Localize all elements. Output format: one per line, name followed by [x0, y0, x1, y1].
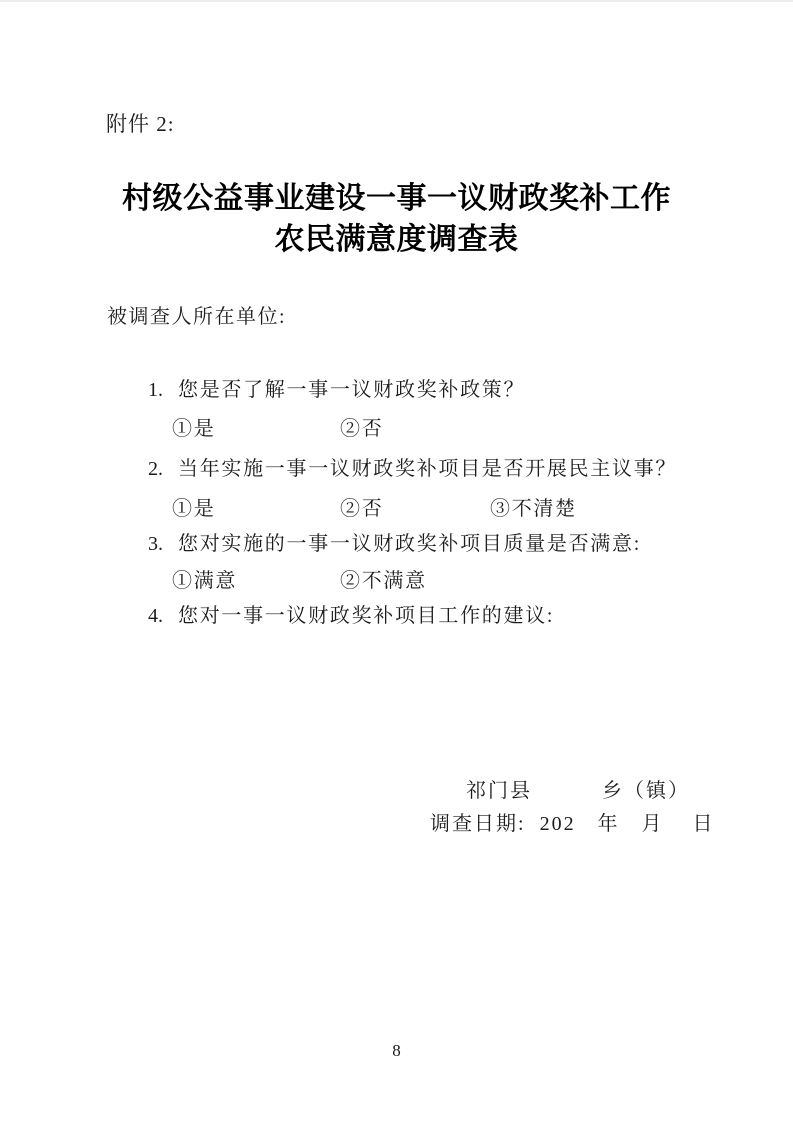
question-item-1: 1.您是否了解一事一议财政奖补政策？: [148, 373, 525, 402]
page-number: 8: [0, 1041, 793, 1061]
form-title-line2: 农民满意度调查表: [0, 219, 793, 260]
footer-date-line: 调查日期: 202 年 月 日: [402, 784, 715, 859]
question-item-3: 3.您对实施的一事一议财政奖补项目质量是否满意:: [148, 527, 641, 556]
question-item-2: 2.当年实施一事一议财政奖补项目是否开展民主议事？: [148, 452, 677, 481]
attachment-label: 附件 2:: [106, 108, 175, 138]
form-title: 村级公益事业建设一事一议财政奖补工作 农民满意度调查表: [0, 178, 793, 260]
respondent-unit-label: 被调查人所在单位:: [107, 300, 286, 329]
document-page: 附件 2: 村级公益事业建设一事一议财政奖补工作 农民满意度调查表 被调查人所在…: [0, 0, 793, 1122]
question-number: 2.: [148, 458, 178, 481]
question-text: 您对实施的一事一议财政奖补项目质量是否满意:: [178, 533, 641, 555]
question-3-options: ①满意②不满意: [172, 564, 490, 593]
option-item: ①满意: [172, 564, 340, 593]
option-item: ②不满意: [340, 564, 490, 593]
option-item: ①是: [172, 492, 340, 521]
option-item: ①是: [172, 412, 340, 441]
option-item: ②否: [340, 412, 490, 441]
question-item-4: 4.您对一事一议财政奖补项目工作的建议:: [148, 599, 554, 628]
question-2-options: ①是②否③不清楚: [172, 492, 577, 521]
option-item: ②否: [340, 492, 490, 521]
question-text: 当年实施一事一议财政奖补项目是否开展民主议事？: [178, 458, 677, 480]
question-number: 1.: [148, 379, 178, 402]
question-text: 您对一事一议财政奖补项目工作的建议:: [178, 605, 554, 627]
scan-artifact-top-edge: [0, 0, 793, 2]
survey-date-label: 调查日期:: [430, 813, 540, 835]
question-number: 3.: [148, 533, 178, 556]
question-text: 您是否了解一事一议财政奖补政策？: [178, 379, 525, 401]
option-item: ③不清楚: [490, 492, 577, 521]
survey-date-value: 202 年 月 日: [540, 813, 715, 835]
question-1-options: ①是②否: [172, 412, 490, 441]
form-title-line1: 村级公益事业建设一事一议财政奖补工作: [0, 178, 793, 219]
question-number: 4.: [148, 605, 178, 628]
